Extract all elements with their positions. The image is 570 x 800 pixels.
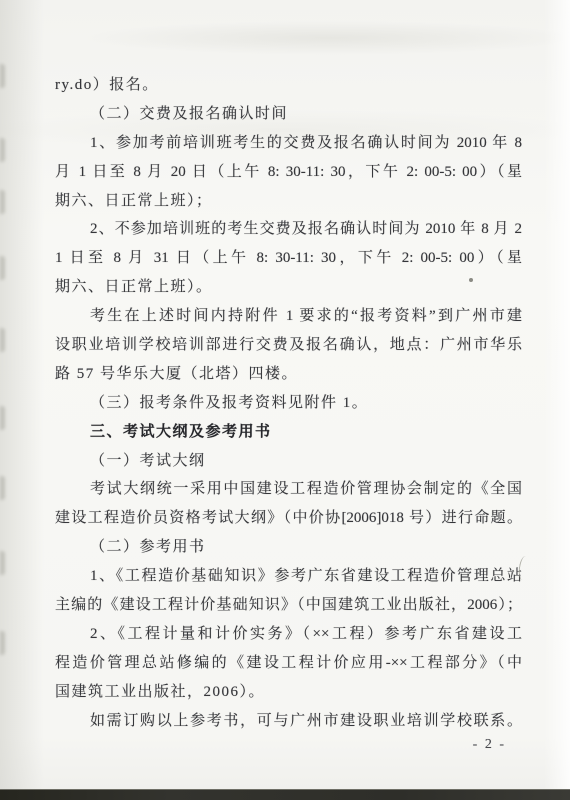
- section-heading: 三、考试大纲及参考用书: [90, 418, 522, 447]
- text-line: ry.do）报名。: [55, 71, 522, 100]
- scan-edge-mark: [0, 190, 5, 214]
- text-line: （三）报考条件及报考资料见附件 1。: [90, 389, 522, 418]
- text-line: 期六、日正常上班）。: [55, 273, 522, 302]
- text-line: 设职业培训学校培训部进行交费及报名确认，地点：广州市华乐: [55, 331, 522, 360]
- text-line: 建设工程造价员资格考试大纲》（中价协[2006]018 号）进行命题。: [55, 504, 522, 533]
- text-line: 路 57 号华乐大厦（北塔）四楼。: [55, 360, 522, 389]
- text-line: 1、参加考前培训班考生的交费及报名确认时间为 2010 年 8: [90, 129, 522, 158]
- text-line: 2、不参加培训班的考生交费及报名确认时间为 2010 年 8 月 2: [90, 215, 522, 244]
- text-line: 国建筑工业出版社，2006）。: [55, 678, 522, 707]
- text-line: （二）参考用书: [90, 533, 522, 562]
- text-line: 1、《工程造价基础知识》参考广东省建设工程造价管理总站: [90, 562, 522, 591]
- scan-bottom-edge: [0, 789, 570, 800]
- scan-edge-mark: [0, 138, 5, 162]
- text-line: 期六、日正常上班）；: [55, 187, 522, 216]
- page-number: - 2 -: [473, 737, 506, 753]
- scan-edge-mark: [0, 406, 5, 430]
- document-body: ry.do）报名。 （二）交费及报名确认时间 1、参加考前培训班考生的交费及报名…: [55, 0, 522, 735]
- text-line: 程造价管理总站修编的《建设工程计价应用-××工程部分》（中: [55, 649, 522, 678]
- scan-edge-mark: [0, 631, 5, 655]
- scan-edge-mark: [0, 64, 5, 88]
- scan-speck: [469, 278, 473, 282]
- text-line: 如需订购以上参考书，可与广州市建设职业培训学校联系。: [90, 707, 522, 736]
- text-line: 2、《工程计量和计价实务》（××工程）参考广东省建设工: [90, 620, 522, 649]
- scan-edge-mark: [0, 328, 5, 352]
- text-line: 考试大纲统一采用中国建设工程造价管理协会制定的《全国: [90, 475, 522, 504]
- scanned-document-page: ry.do）报名。 （二）交费及报名确认时间 1、参加考前培训班考生的交费及报名…: [0, 0, 570, 800]
- text-line: 1 日至 8 月 31 日（上午 8: 30-11: 30，下午 2: 00-5…: [55, 244, 522, 273]
- text-line: （二）交费及报名确认时间: [90, 100, 522, 129]
- scan-edge-mark: [0, 256, 5, 280]
- text-line: 主编的《建设工程计价基础知识》（中国建筑工业出版社，2006）；: [55, 591, 522, 620]
- scan-edge-mark: [0, 476, 5, 500]
- text-line: （一）考试大纲: [90, 447, 522, 476]
- scan-edge-mark: [0, 551, 5, 575]
- text-line: 考生在上述时间内持附件 1 要求的“报考资料”到广州市建: [90, 302, 522, 331]
- text-line: 月 1 日至 8 月 20 日（上午 8: 30-11: 30，下午 2: 00…: [55, 158, 522, 187]
